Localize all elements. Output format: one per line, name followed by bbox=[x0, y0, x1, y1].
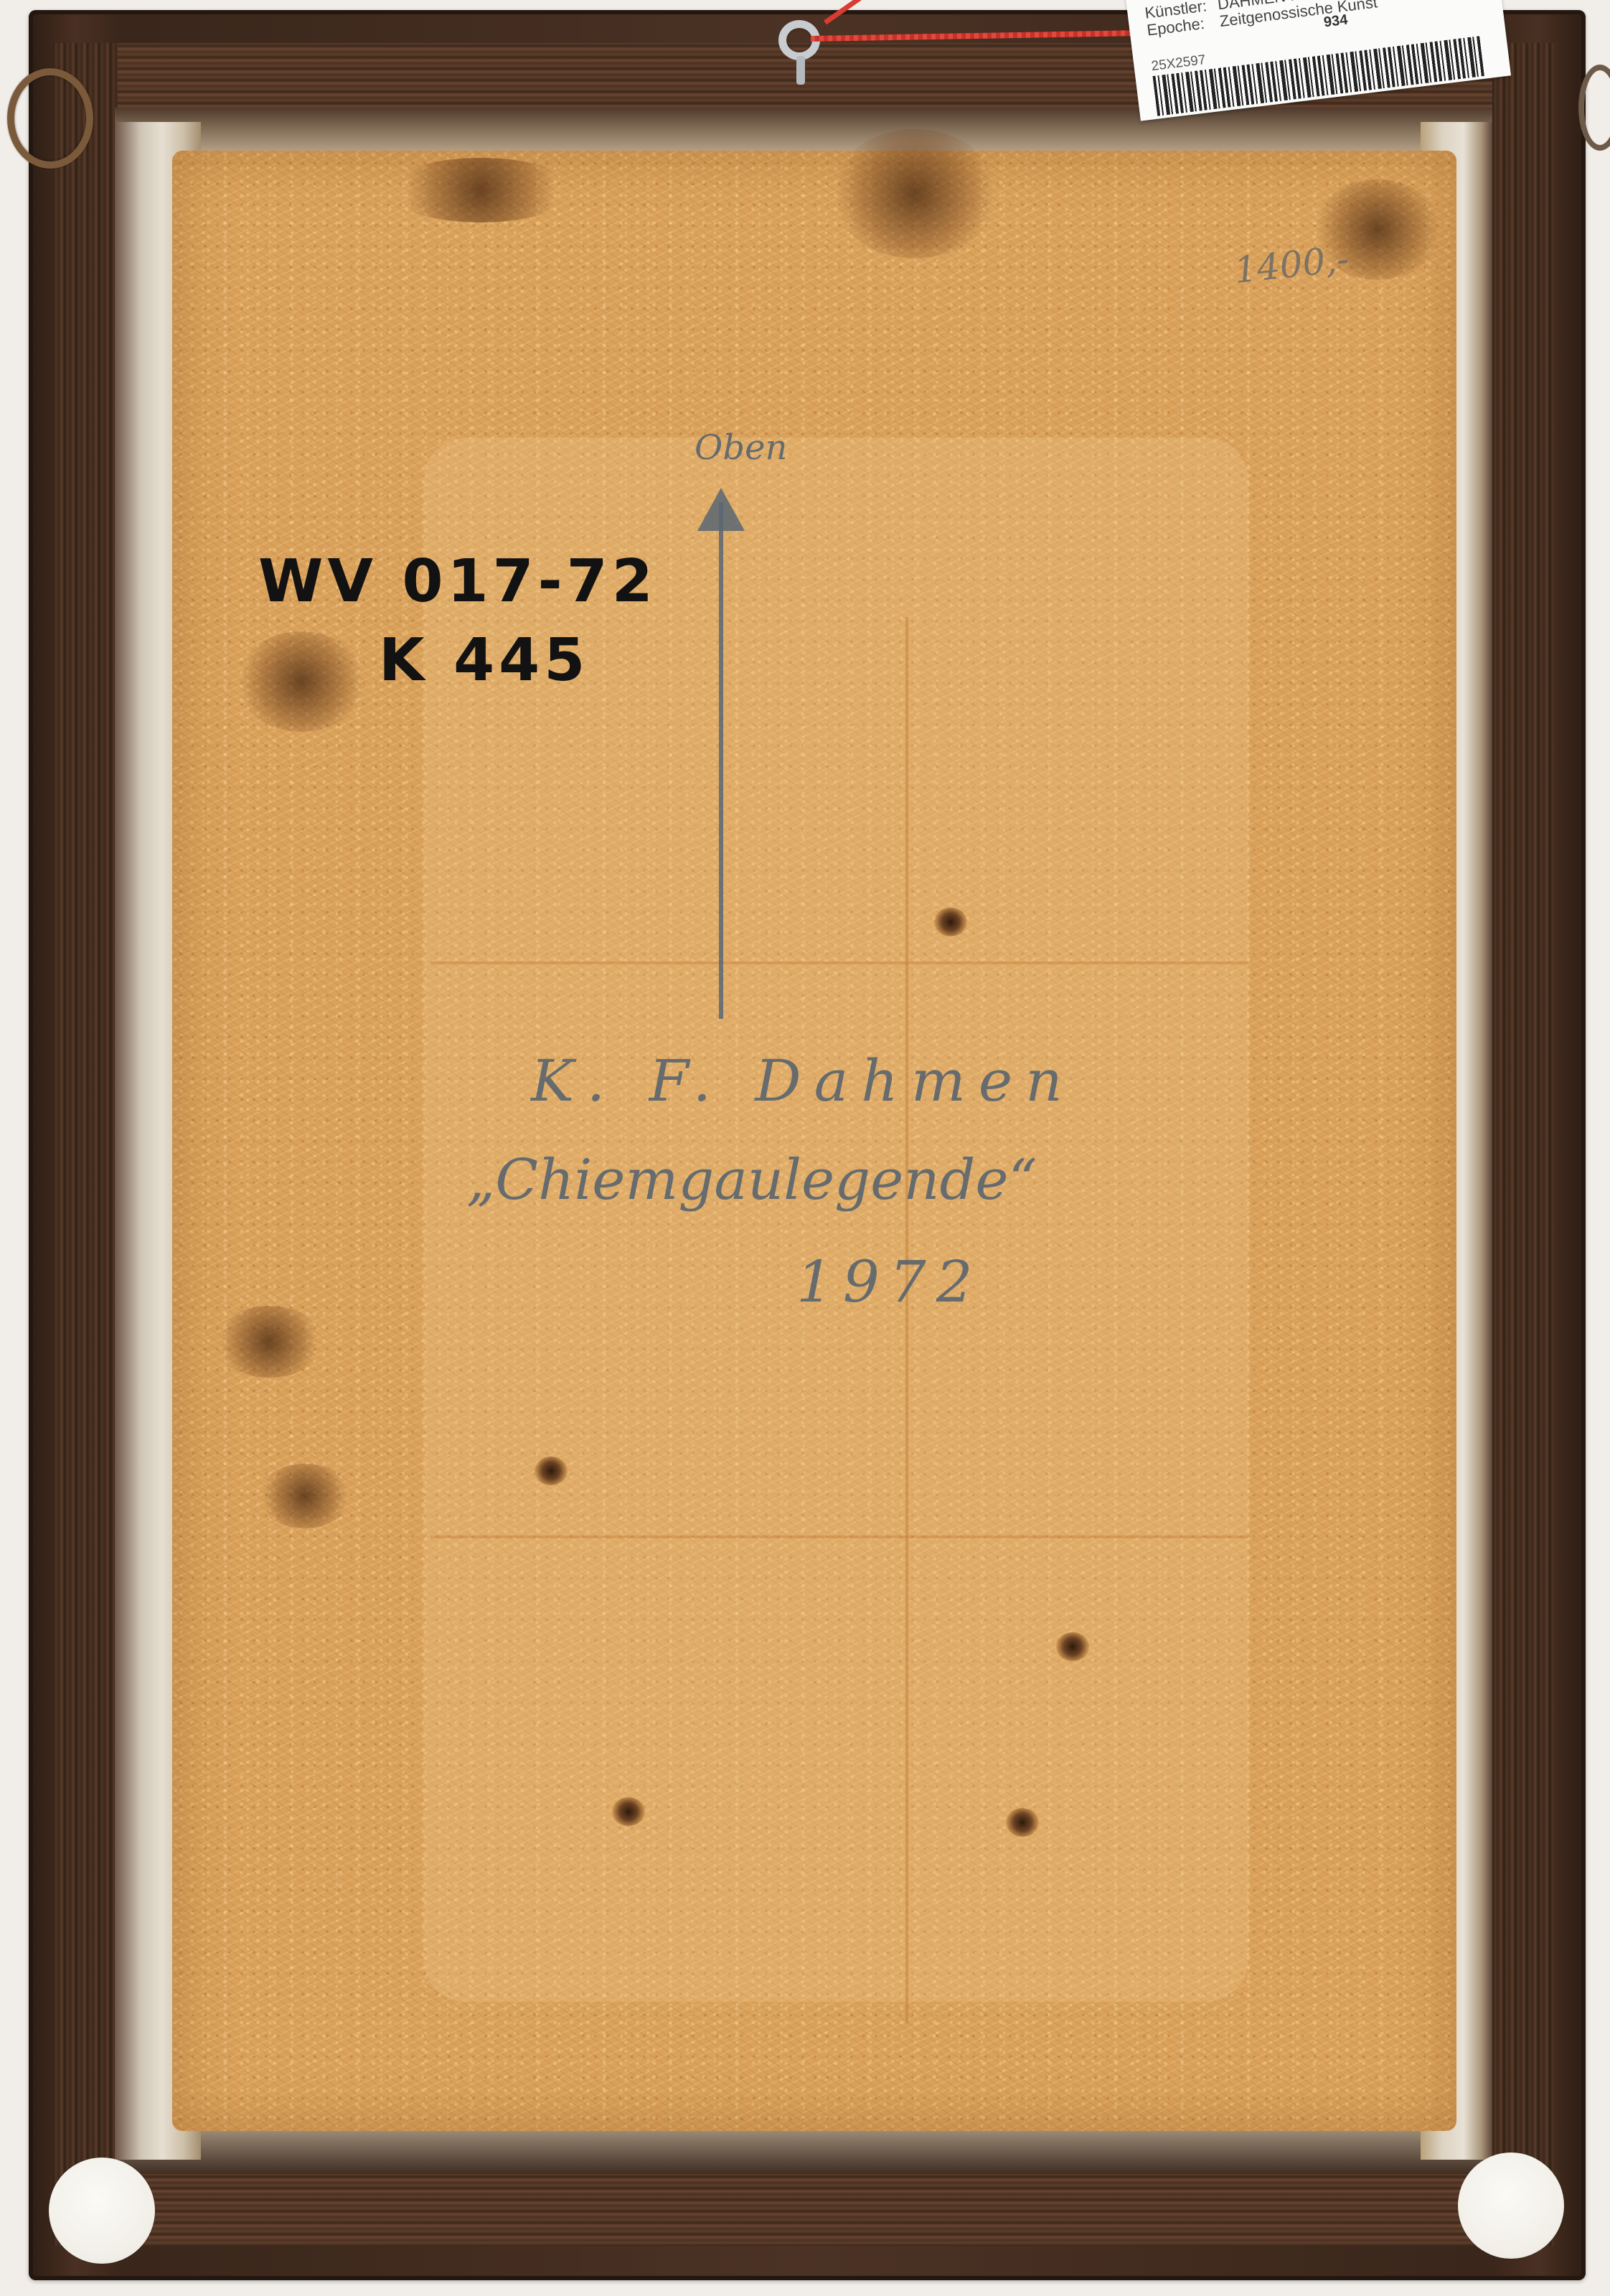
inventory-number: K 445 bbox=[379, 631, 589, 690]
frame-rail-right bbox=[1492, 43, 1557, 2246]
stain bbox=[387, 158, 574, 222]
board-hole bbox=[535, 1457, 568, 1485]
frame-rail-left bbox=[53, 43, 118, 2246]
board-hole bbox=[1006, 1808, 1039, 1837]
stain bbox=[258, 1464, 352, 1528]
board-line bbox=[430, 961, 1248, 964]
orientation-note: Oben bbox=[695, 428, 787, 468]
artist-signature: K. F. Dahmen bbox=[531, 1048, 1075, 1114]
stain bbox=[215, 1306, 323, 1378]
lot-number: 934 bbox=[1323, 12, 1349, 32]
eye-hook-stem bbox=[796, 56, 805, 85]
stain bbox=[237, 631, 366, 732]
board-fold-line bbox=[905, 617, 908, 2023]
artwork-title: „Chiemgaulegende“ bbox=[466, 1148, 1037, 1213]
stain bbox=[832, 129, 997, 258]
arrow-shaft bbox=[719, 502, 723, 1019]
board-line bbox=[430, 1535, 1248, 1538]
artwork-year: 1972 bbox=[796, 1248, 983, 1315]
board-hole bbox=[612, 1797, 645, 1826]
catalogue-number: WV 017-72 bbox=[258, 552, 657, 611]
felt-pad-bottom-right bbox=[1458, 2152, 1564, 2259]
board-hole bbox=[934, 908, 967, 936]
board-hole bbox=[1056, 1632, 1089, 1661]
hanging-ring-left-icon bbox=[7, 68, 93, 169]
felt-pad-bottom-left bbox=[49, 2158, 155, 2264]
